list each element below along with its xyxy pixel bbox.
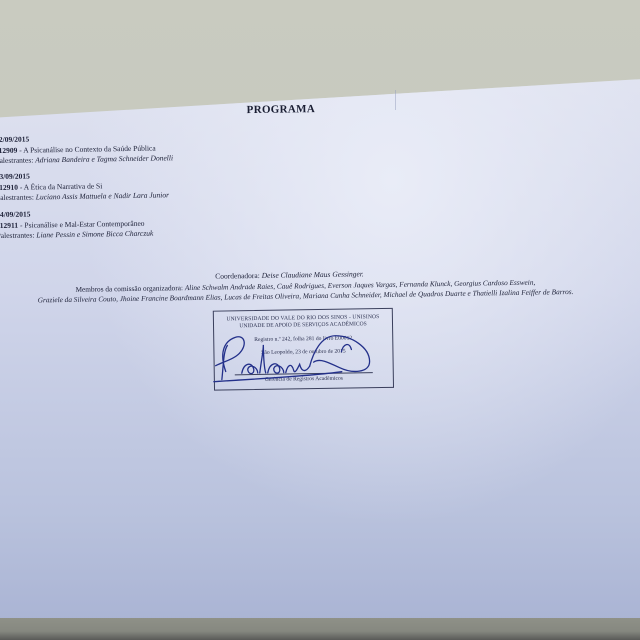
session-speakers: Palestrantes: Luciano Assis Mattuela e N… bbox=[0, 190, 169, 203]
registration-stamp: UNIVERSIDADE DO VALE DO RIO DOS SINOS - … bbox=[213, 308, 394, 391]
session-topic: A Psicanálise no Contexto da Saúde Públi… bbox=[23, 143, 156, 154]
coordinator-name: Deise Claudiane Maus Gessinger. bbox=[262, 269, 364, 280]
session-code: 112909 bbox=[0, 145, 17, 154]
stamp-city-date: São Leopoldo, 23 de outubro de 2015 bbox=[214, 348, 392, 357]
document-content: PROGRAMA 02/09/2015 112909 - A Psicanáli… bbox=[0, 0, 640, 640]
session-1: 02/09/2015 112909 - A Psicanálise no Con… bbox=[0, 132, 173, 166]
document-title: PROGRAMA bbox=[247, 103, 316, 116]
session-speakers: Palestrantes: Liane Pessin e Simone Bicc… bbox=[0, 229, 153, 242]
session-code: 112910 bbox=[0, 182, 18, 191]
session-speakers: Palestrantes: Adriana Bandeira e Tagma S… bbox=[0, 153, 173, 166]
session-topic: Psicanálise e Mal-Estar Contemporâneo bbox=[24, 218, 144, 229]
stamp-registry: Registro n.º 242, folha 281 do livro E00… bbox=[214, 335, 392, 344]
stamp-department: Gerência de Registros Acadêmicos bbox=[215, 375, 393, 384]
session-code: 112911 bbox=[0, 220, 18, 229]
session-3: 04/09/2015 112911 - Psicanálise e Mal-Es… bbox=[0, 208, 153, 242]
session-topic: A Ética da Narrativa de Si bbox=[24, 181, 103, 191]
committee-members: Membros da comissão organizadora: Aline … bbox=[5, 277, 605, 306]
coordinator-line: Coordenadora: Deise Claudiane Maus Gessi… bbox=[215, 269, 364, 280]
session-2: 03/09/2015 112910 - A Ética da Narrativa… bbox=[0, 169, 169, 203]
